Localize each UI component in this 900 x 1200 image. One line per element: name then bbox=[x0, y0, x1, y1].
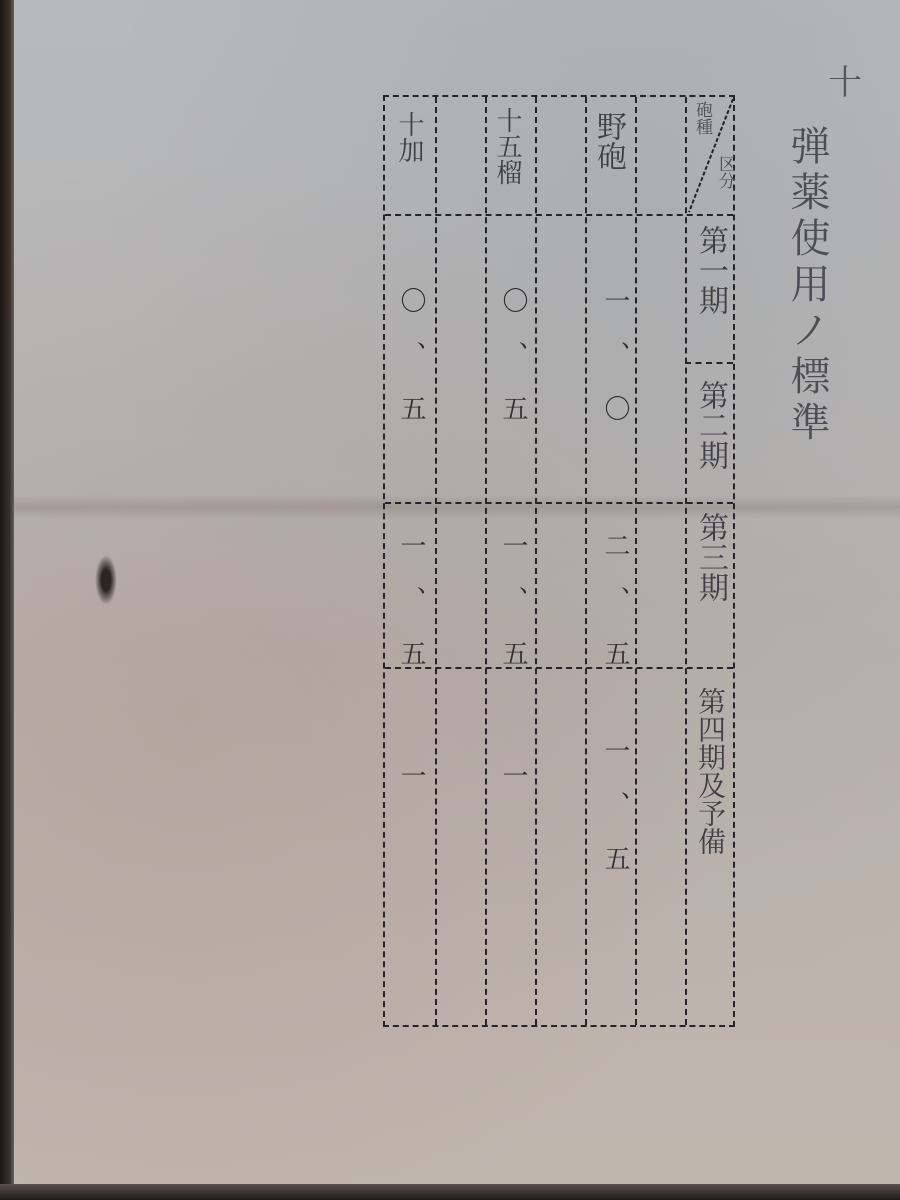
column-divider bbox=[585, 97, 587, 1025]
value-field-gun-period-3: 二、五 bbox=[597, 532, 634, 694]
value-10cm-period-3: 一、五 bbox=[393, 532, 430, 694]
column-divider bbox=[535, 97, 537, 1025]
period-divider bbox=[685, 362, 733, 364]
period-label-3: 第三期 bbox=[693, 512, 727, 602]
gun-header-15cm-howitzer: 十五榴 bbox=[491, 107, 523, 185]
value-15cm-period-3: 一、五 bbox=[495, 532, 532, 694]
corner-label-category: 区分 bbox=[713, 155, 738, 189]
column-divider bbox=[635, 97, 637, 1025]
column-divider bbox=[485, 97, 487, 1025]
period-label-2: 第二期 bbox=[693, 380, 727, 470]
page-number: 十 bbox=[828, 55, 862, 104]
value-10cm-period-4: 一 bbox=[393, 762, 430, 816]
value-15cm-period-1-2: 〇、五 bbox=[495, 287, 532, 449]
value-15cm-period-4: 一 bbox=[495, 762, 532, 816]
binding-spine bbox=[0, 0, 14, 1200]
corner-label-gun-type: 砲種 bbox=[690, 101, 715, 135]
period-label-4: 第四期及予備 bbox=[693, 687, 727, 855]
page-bottom-edge bbox=[0, 1184, 900, 1200]
gun-header-10cm-cannon: 十加 bbox=[393, 111, 425, 163]
value-field-gun-period-1-2: 一、〇 bbox=[597, 287, 634, 449]
column-divider bbox=[435, 97, 437, 1025]
gun-header-field-gun: 野砲 bbox=[591, 111, 625, 171]
row-divider bbox=[385, 502, 733, 504]
value-10cm-period-1-2: 〇、五 bbox=[393, 287, 430, 449]
document-title: 弾薬使用ノ標準 bbox=[782, 125, 832, 447]
paper-tear bbox=[95, 555, 117, 605]
header-row-divider bbox=[385, 214, 733, 216]
ammunition-table: 砲種 区分 第一期 第二期 第三期 第四期及予備 野砲 十五榴 十加 一、〇 〇… bbox=[383, 95, 735, 1027]
column-divider bbox=[685, 97, 687, 1025]
period-label-1: 第一期 bbox=[693, 225, 727, 315]
value-field-gun-period-4: 一、五 bbox=[597, 737, 634, 899]
row-divider bbox=[385, 667, 733, 669]
